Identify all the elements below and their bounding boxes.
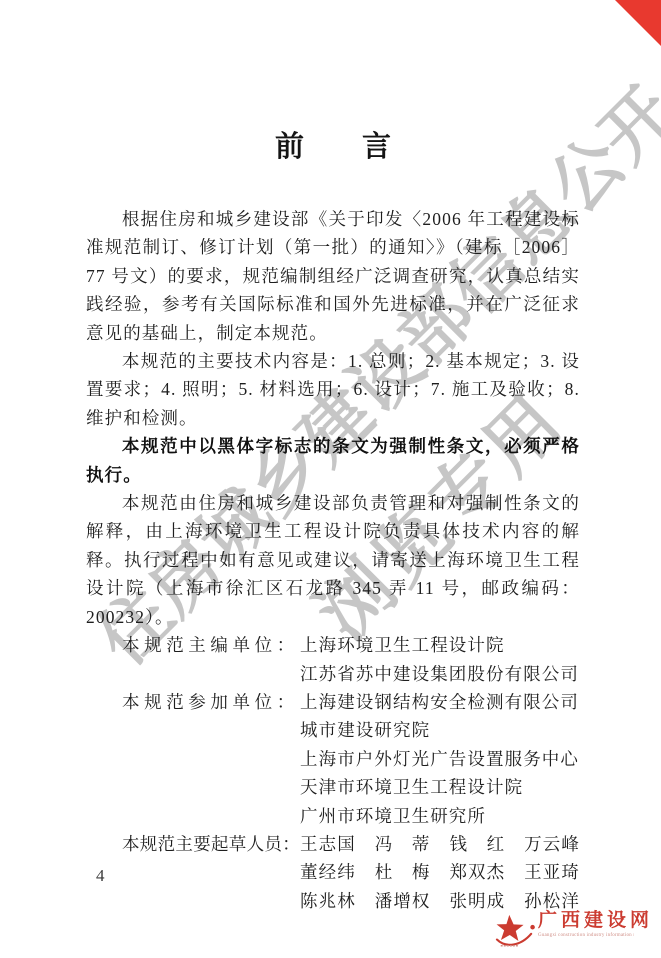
page-title: 前 言 xyxy=(86,131,580,163)
unit-item: 上海环境卫生工程设计院 xyxy=(300,631,580,659)
preface-body: 根据住房和城乡建设部《关于印发〈2006 年工程建设标准规范制订、修订计划（第一… xyxy=(86,205,580,915)
preface-content: 前 言 根据住房和城乡建设部《关于印发〈2006 年工程建设标准规范制订、修订计… xyxy=(86,0,580,915)
drafter-name: 万云峰 xyxy=(524,830,580,858)
drafter-name: 潘增权 xyxy=(375,887,431,915)
page-number: 4 xyxy=(96,866,105,886)
participating-label: 本规范参加单位： xyxy=(122,688,300,830)
chief-editor-label: 本规范主编单位： xyxy=(122,631,300,688)
logo-text-wrap: 广西建设网 Guangxi construction industry info… xyxy=(538,910,653,939)
paragraph-basis: 根据住房和城乡建设部《关于印发〈2006 年工程建设标准规范制订、修订计划（第一… xyxy=(86,205,580,347)
participating-units: 上海建设钢结构安全检测有限公司 城市建设研究院 上海市户外灯光广告设置服务中心 … xyxy=(300,688,580,830)
drafter-name: 董经纬 xyxy=(300,858,356,886)
logo-site-name: 广西建设网 xyxy=(538,910,653,932)
drafter-name: 陈兆林 xyxy=(300,887,356,915)
participating-block: 本规范参加单位： 上海建设钢结构安全检测有限公司 城市建设研究院 上海市户外灯光… xyxy=(122,688,580,830)
drafter-name: 王亚琦 xyxy=(524,858,580,886)
drafter-row: 董经纬 杜 梅 郑双杰 王亚琦 xyxy=(300,858,580,886)
unit-item: 广州市环境卫生研究所 xyxy=(300,802,580,830)
drafter-name: 钱 红 xyxy=(449,830,505,858)
unit-item: 天津市环境卫生工程设计院 xyxy=(300,773,580,801)
unit-item: 城市建设研究院 xyxy=(300,716,580,744)
unit-item: 上海市户外灯光广告设置服务中心 xyxy=(300,745,580,773)
paragraph-administration: 本规范由住房和城乡建设部负责管理和对强制性条文的解释，由上海环境卫生工程设计院负… xyxy=(86,489,580,631)
unit-item: 江苏省苏中建设集团股份有限公司 xyxy=(300,660,580,688)
drafter-name: 王志国 xyxy=(300,830,356,858)
shooting-star-icon xyxy=(494,912,536,950)
chief-editor-block: 本规范主编单位： 上海环境卫生工程设计院 江苏省苏中建设集团股份有限公司 xyxy=(122,631,580,688)
drafter-name: 杜 梅 xyxy=(375,858,431,886)
drafter-row: 王志国 冯 蒂 钱 红 万云峰 xyxy=(300,830,580,858)
document-page: 住房城乡建设部信息公开 浏览专用 前 言 根据住房和城乡建设部《关于印发〈200… xyxy=(0,0,661,958)
drafters-names: 王志国 冯 蒂 钱 红 万云峰 董经纬 杜 梅 郑双杰 王亚琦 陈兆林 潘增权 xyxy=(300,830,580,915)
drafter-name: 郑双杰 xyxy=(449,858,505,886)
corner-ribbon xyxy=(615,0,661,46)
logo-tagline: Guangxi construction industry informatio… xyxy=(538,932,634,939)
chief-editor-units: 上海环境卫生工程设计院 江苏省苏中建设集团股份有限公司 xyxy=(300,631,580,688)
site-logo: 广西建设网 Guangxi construction industry info… xyxy=(494,910,653,950)
drafters-label: 本规范主要起草人员： xyxy=(122,830,300,915)
paragraph-contents: 本规范的主要技术内容是：1. 总则；2. 基本规定；3. 设置要求；4. 照明；… xyxy=(86,347,580,432)
drafters-block: 本规范主要起草人员： 王志国 冯 蒂 钱 红 万云峰 董经纬 杜 梅 郑双杰 王… xyxy=(122,830,580,915)
unit-item: 上海建设钢结构安全检测有限公司 xyxy=(300,688,580,716)
drafter-name: 冯 蒂 xyxy=(375,830,431,858)
paragraph-mandatory-clauses: 本规范中以黑体字标志的条文为强制性条文，必须严格执行。 xyxy=(86,432,580,489)
